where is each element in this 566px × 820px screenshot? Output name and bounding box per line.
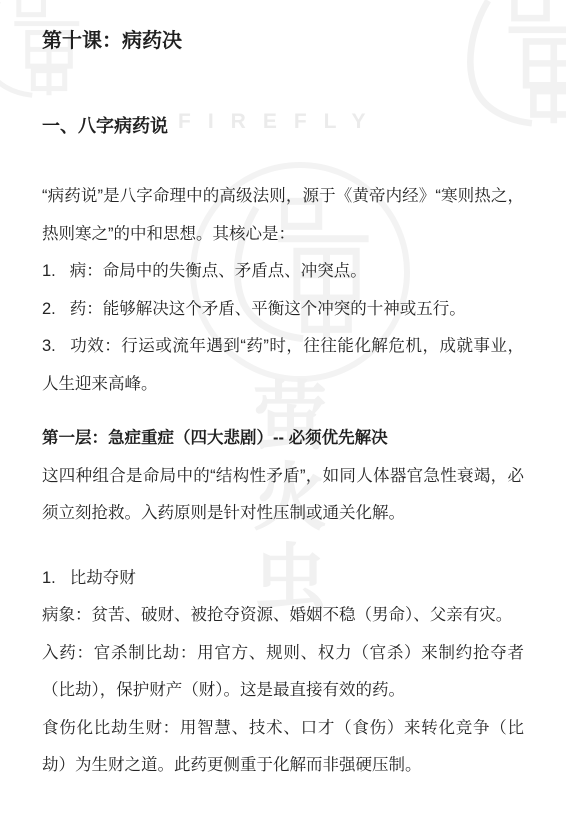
remedy-one-title: 1.比劫夺财 [42, 560, 524, 598]
document-page: 第十课：病药决 一、八字病药说 “病药说”是八字命理中的高级法则，源于《黄帝内经… [42, 0, 524, 785]
intro-list-item: 3.功效：行运或流年遇到“药”时，往往能化解危机，成就事业，人生迎来高峰。 [42, 328, 524, 403]
intro-paragraph: “病药说”是八字命理中的高级法则，源于《黄帝内经》“寒则热之，热则寒之”的中和思… [42, 178, 524, 253]
intro-list-item: 2.药：能够解决这个矛盾、平衡这个冲突的十神或五行。 [42, 291, 524, 329]
list-item-text: 病：命局中的失衡点、矛盾点、冲突点。 [70, 262, 367, 280]
remedy-one-symptom: 病象：贫苦、破财、被抢夺资源、婚姻不稳（男命）、父亲有灾。 [42, 597, 524, 635]
page-title: 第十课：病药决 [42, 26, 524, 56]
list-number: 2. [42, 291, 56, 329]
remedy-one-medicine-secondary: 食伤化比劫生财：用智慧、技术、口才（食伤）来转化竞争（比劫）为生财之道。此药更侧… [42, 710, 524, 785]
remedy-one-medicine-primary: 入药：官杀制比劫：用官方、规则、权力（官杀）来制约抢夺者（比劫），保护财产（财）… [42, 635, 524, 710]
list-item-text: 药：能够解决这个矛盾、平衡这个冲突的十神或五行。 [70, 300, 466, 318]
section-heading: 一、八字病药说 [42, 114, 524, 138]
list-number: 1. [42, 560, 56, 598]
layer-one-heading: 第一层：急症重症（四大悲剧）-- 必须优先解决 [42, 420, 524, 458]
list-number: 1. [42, 253, 56, 291]
list-number: 3. [42, 328, 56, 366]
layer-one-body: 这四种组合是命局中的“结构性矛盾”，如同人体器官急性衰竭，必须立刻抢救。入药原则… [42, 458, 524, 533]
remedy-title-text: 比劫夺财 [70, 569, 136, 587]
list-item-text: 功效：行运或流年遇到“药”时，往往能化解危机，成就事业，人生迎来高峰。 [42, 337, 524, 393]
intro-list-item: 1.病：命局中的失衡点、矛盾点、冲突点。 [42, 253, 524, 291]
